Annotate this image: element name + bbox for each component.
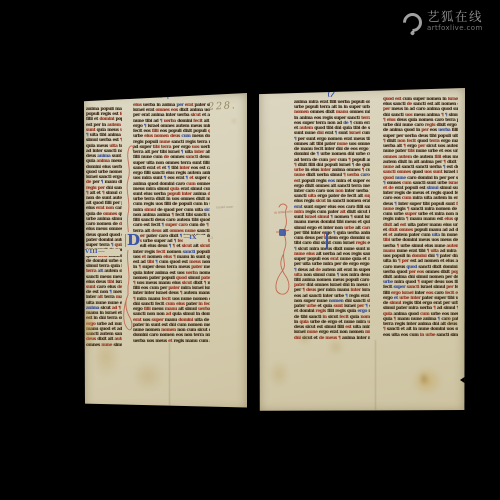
- penwork-tick: [125, 234, 126, 247]
- stain: [297, 332, 312, 345]
- stain: [268, 360, 290, 388]
- chapter-numeral-ix: ~~ IX: [183, 235, 207, 242]
- manuscript-leaf-left: animapopulimanudñipopuliregisestfecitfil…: [84, 93, 247, 410]
- pen-trial-marks: [160, 92, 174, 100]
- pen-trial-mark-blue: [327, 88, 336, 98]
- watermark-brand: 艺狐在线: [427, 10, 483, 24]
- penwork-tick: [324, 234, 325, 238]
- manuscript-leaf-right: animamiraeratfiliiuerbapopuliomnesnomenu…: [259, 88, 465, 412]
- stain: [443, 314, 459, 328]
- ink-dot: [232, 119, 236, 123]
- penwork-flourish: [265, 205, 299, 299]
- logo-tail-dot: [410, 30, 416, 36]
- stain: [132, 361, 164, 391]
- stain: [327, 338, 345, 356]
- watermark-domain: artfoxlive.com: [427, 24, 483, 33]
- chapter-numeral-viii: VIII ~~: [85, 249, 120, 256]
- watermark: 艺狐在线 artfoxlive.com: [403, 10, 497, 40]
- blue-initial-stroke: [326, 232, 328, 249]
- drop-cap-initial: D: [125, 232, 140, 250]
- folio-number: 228.: [208, 100, 237, 112]
- rubric-flourish: ~~: [98, 249, 104, 255]
- crease-line: [169, 343, 170, 407]
- auction-photo: 艺狐在线 artfoxlive.com animapopulimanudñipo…: [0, 0, 500, 500]
- text-column-right-2: quodestcumsupernomeninisraeldñimanueiuss…: [383, 97, 458, 338]
- margin-annotation-faint: ıuunot uıme: [216, 205, 233, 210]
- stain: [419, 372, 429, 386]
- crease-line: [375, 340, 376, 410]
- blue-margin-initial: [279, 229, 286, 236]
- artfox-logo-icon: [399, 9, 426, 36]
- pencil-annotation: 23: [208, 235, 213, 240]
- stain: [78, 303, 96, 353]
- text-column-right-1: animamiraeratfiliiuerbapopuliomnesnomenu…: [294, 100, 370, 341]
- watermark-text: 艺狐在线 artfoxlive.com: [427, 10, 483, 33]
- edge-notch: [460, 376, 466, 384]
- text-column-left-2: eiusuerbainanimapereratpatersupersimulis…: [133, 103, 210, 345]
- stain: [92, 336, 120, 378]
